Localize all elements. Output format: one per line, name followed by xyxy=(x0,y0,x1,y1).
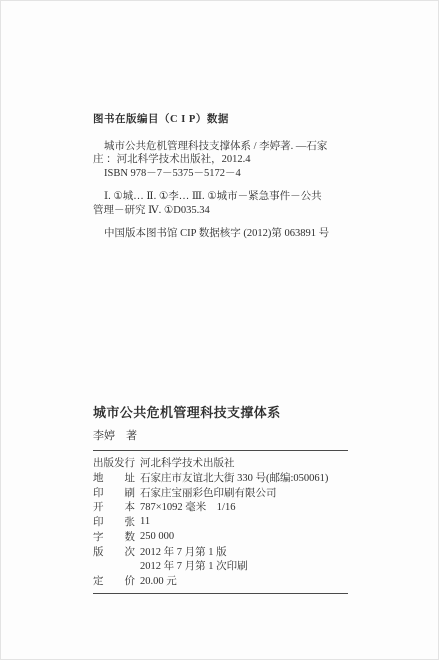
row-value: 石家庄市友谊北大街 330 号(邮编:050061) xyxy=(140,470,348,485)
colophon-row-printing: 2012 年 7 月第 1 次印刷 xyxy=(93,559,348,574)
book-title: 城市公共危机管理科技支撑体系 xyxy=(93,402,348,421)
row-value: 2012 年 7 月第 1 次印刷 xyxy=(140,558,348,573)
cip-entry-line2: 庄 ：河北科学技术出版社，2012.4 xyxy=(93,153,361,167)
spacer xyxy=(93,180,361,190)
colophon-block: 城市公共危机管理科技支撑体系 李婷 著 出版发行 河北科学技术出版社 地 址 石… xyxy=(93,402,348,594)
row-label: 出版发行 xyxy=(93,455,140,470)
spacer xyxy=(93,217,361,227)
cip-record-number: 中国版本图书馆 CIP 数据核字 (2012)第 063891 号 xyxy=(93,227,361,241)
row-value: 2012 年 7 月第 1 版 xyxy=(140,544,348,559)
row-label: 字 数 xyxy=(93,529,140,544)
colophon-row-wordcount: 字 数 250 000 xyxy=(93,529,348,544)
colophon-row-sheets: 印 张 11 xyxy=(93,514,348,529)
colophon-row-publisher: 出版发行 河北科学技术出版社 xyxy=(93,455,348,470)
row-value: 250 000 xyxy=(140,531,348,542)
row-value: 20.00 元 xyxy=(140,573,348,588)
cip-entry-line1: 城市公共危机管理科技支撑体系 / 李婷著. —石家 xyxy=(93,140,361,154)
colophon-row-format: 开 本 787×1092 毫米 1/16 xyxy=(93,499,348,514)
cip-header: 图书在版编目（C I P）数据 xyxy=(93,113,361,127)
row-label: 印 张 xyxy=(93,514,140,529)
cip-isbn: ISBN 978－7－5375－5172－4 xyxy=(93,167,361,181)
colophon-row-printer: 印 刷 石家庄宝丽彩色印刷有限公司 xyxy=(93,485,348,500)
author-line: 李婷 著 xyxy=(93,427,348,443)
row-value: 787×1092 毫米 1/16 xyxy=(140,499,348,514)
row-label: 开 本 xyxy=(93,499,140,514)
row-value: 河北科学技术出版社 xyxy=(140,455,348,470)
colophon-row-address: 地 址 石家庄市友谊北大街 330 号(邮编:050061) xyxy=(93,470,348,485)
row-label: 版 次 xyxy=(93,544,140,559)
row-label: 印 刷 xyxy=(93,485,140,500)
row-label: 地 址 xyxy=(93,470,140,485)
cip-classification-line1: Ⅰ. ①城… Ⅱ. ①李… Ⅲ. ①城市－紧急事件－公共 xyxy=(93,190,361,204)
cip-block: 图书在版编目（C I P）数据 城市公共危机管理科技支撑体系 / 李婷著. —石… xyxy=(93,113,361,241)
colophon-table: 出版发行 河北科学技术出版社 地 址 石家庄市友谊北大街 330 号(邮编:05… xyxy=(93,450,348,594)
row-label: 定 价 xyxy=(93,573,140,588)
row-value: 石家庄宝丽彩色印刷有限公司 xyxy=(140,485,348,500)
colophon-row-price: 定 价 20.00 元 xyxy=(93,573,348,588)
copyright-page: 图书在版编目（C I P）数据 城市公共危机管理科技支撑体系 / 李婷著. —石… xyxy=(0,0,439,660)
row-value: 11 xyxy=(140,516,348,527)
colophon-row-edition: 版 次 2012 年 7 月第 1 版 xyxy=(93,544,348,559)
cip-classification-line2: 管理－研究 Ⅳ. ①D035.34 xyxy=(93,204,361,218)
